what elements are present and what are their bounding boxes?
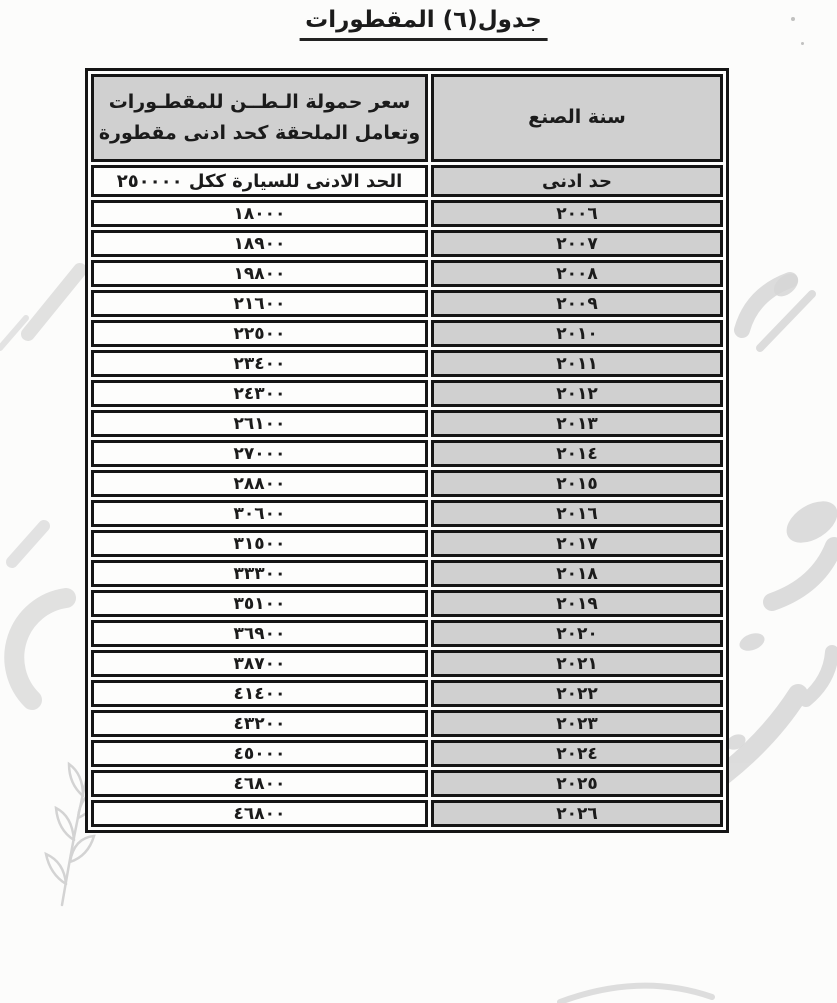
price-cell: ٣٠٦٠٠ — [91, 500, 428, 527]
table-row: ٢٠٢٢ ٤١٤٠٠ — [91, 680, 723, 707]
price-minimum-cell: الحد الادنى للسيارة ككل ٢٥٠٠٠٠ — [91, 165, 428, 197]
price-cell: ٢٤٣٠٠ — [91, 380, 428, 407]
year-cell: ٢٠٠٩ — [431, 290, 723, 317]
year-value: ٢٠٢٦ — [556, 804, 598, 824]
price-value: ١٨٠٠٠ — [234, 204, 286, 224]
price-value: ١٨٩٠٠ — [234, 234, 286, 254]
document-page: جدول(٦) المقطورات سنة الصنع سعر حمولة ال… — [0, 0, 837, 1003]
price-value: ٤٣٢٠٠ — [234, 714, 286, 734]
price-value: ٢٤٣٠٠ — [234, 384, 286, 404]
price-value: ٤٥٠٠٠ — [234, 744, 286, 764]
price-cell: ١٩٨٠٠ — [91, 260, 428, 287]
price-value: ٤١٤٠٠ — [234, 684, 286, 704]
table-row: ٢٠١٨ ٣٣٣٠٠ — [91, 560, 723, 587]
year-value: ٢٠٢١ — [556, 654, 598, 674]
scan-speck — [791, 17, 795, 21]
price-cell: ٤١٤٠٠ — [91, 680, 428, 707]
price-cell: ٣١٥٠٠ — [91, 530, 428, 557]
price-value: ٣٨٧٠٠ — [234, 654, 286, 674]
price-cell: ١٨٩٠٠ — [91, 230, 428, 257]
year-value: ٢٠١١ — [556, 354, 598, 374]
table-row: ٢٠٢٠ ٣٦٩٠٠ — [91, 620, 723, 647]
year-value: ٢٠١٤ — [556, 444, 598, 464]
year-value: ٢٠١٠ — [556, 324, 598, 344]
year-value: ٢٠١٥ — [556, 474, 598, 494]
year-value: ٢٠٠٩ — [556, 294, 598, 314]
table-row: ٢٠٢٥ ٤٦٨٠٠ — [91, 770, 723, 797]
year-value: ٢٠٢٤ — [556, 744, 598, 764]
year-cell: ٢٠٢٤ — [431, 740, 723, 767]
year-cell: ٢٠١٣ — [431, 410, 723, 437]
price-value: ١٩٨٠٠ — [234, 264, 286, 284]
year-cell: ٢٠٢٣ — [431, 710, 723, 737]
year-cell: ٢٠١٥ — [431, 470, 723, 497]
table-header-row: سنة الصنع سعر حمولة الـطــن للمقطـورات و… — [91, 74, 723, 162]
table-row: ٢٠٠٩ ٢١٦٠٠ — [91, 290, 723, 317]
page-title: جدول(٦) المقطورات — [299, 7, 548, 41]
table-row: ٢٠٠٦ ١٨٠٠٠ — [91, 200, 723, 227]
watermark-curve-left — [14, 598, 66, 700]
year-value: ٢٠١٢ — [556, 384, 598, 404]
year-value: ٢٠٢٢ — [556, 684, 598, 704]
price-cell: ١٨٠٠٠ — [91, 200, 428, 227]
year-value: ٢٠٠٦ — [556, 204, 598, 224]
price-cell: ٤٥٠٠٠ — [91, 740, 428, 767]
table-row: ٢٠١٠ ٢٢٥٠٠ — [91, 320, 723, 347]
year-cell: ٢٠١٦ — [431, 500, 723, 527]
price-header-line2: وتعامل الملحقة كحد ادنى مقطورة — [98, 118, 421, 149]
year-cell: ٢٠١٩ — [431, 590, 723, 617]
table-row: ٢٠١٣ ٢٦١٠٠ — [91, 410, 723, 437]
table-row: ٢٠١١ ٢٣٤٠٠ — [91, 350, 723, 377]
table-row: ٢٠١٢ ٢٤٣٠٠ — [91, 380, 723, 407]
price-cell: ٢٣٤٠٠ — [91, 350, 428, 377]
price-value: ٢٨٨٠٠ — [234, 474, 286, 494]
table-row: ٢٠١٩ ٣٥١٠٠ — [91, 590, 723, 617]
table-row: ٢٠٠٧ ١٨٩٠٠ — [91, 230, 723, 257]
price-cell: ٣٥١٠٠ — [91, 590, 428, 617]
watermark-calligraphy-upper-right — [742, 280, 812, 348]
year-cell: ٢٠١٨ — [431, 560, 723, 587]
table-body: سنة الصنع سعر حمولة الـطــن للمقطـورات و… — [91, 74, 723, 827]
price-value: ٤٦٨٠٠ — [234, 804, 286, 824]
year-minimum-cell: حد ادنى — [431, 165, 723, 197]
year-value: ٢٠٢٣ — [556, 714, 598, 734]
price-minimum-label: الحد الادنى للسيارة ككل ٢٥٠٠٠٠ — [117, 171, 403, 192]
table-row: ٢٠١٧ ٣١٥٠٠ — [91, 530, 723, 557]
price-cell: ٤٦٨٠٠ — [91, 800, 428, 827]
year-cell: ٢٠١٢ — [431, 380, 723, 407]
price-cell: ٤٣٢٠٠ — [91, 710, 428, 737]
price-value: ٤٦٨٠٠ — [234, 774, 286, 794]
trailers-table: سنة الصنع سعر حمولة الـطــن للمقطـورات و… — [85, 68, 729, 833]
year-value: ٢٠١٦ — [556, 504, 598, 524]
year-cell: ٢٠١٤ — [431, 440, 723, 467]
price-cell: ٣٣٣٠٠ — [91, 560, 428, 587]
price-value: ٣١٥٠٠ — [234, 534, 286, 554]
year-cell: ٢٠٠٦ — [431, 200, 723, 227]
year-value: ٢٠٢٠ — [556, 624, 598, 644]
price-cell: ٤٦٨٠٠ — [91, 770, 428, 797]
price-cell: ٢١٦٠٠ — [91, 290, 428, 317]
price-value: ٢٢٥٠٠ — [234, 324, 286, 344]
year-value: ٢٠٠٧ — [556, 234, 598, 254]
price-value: ٢١٦٠٠ — [234, 294, 286, 314]
year-value: ٢٠٠٨ — [556, 264, 598, 284]
watermark-streak-top-left — [28, 270, 80, 334]
price-value: ٣٥١٠٠ — [234, 594, 286, 614]
year-value: ٢٠١٣ — [556, 414, 598, 434]
year-cell: ٢٠١٧ — [431, 530, 723, 557]
year-cell: ٢٠١١ — [431, 350, 723, 377]
table-row: ٢٠١٥ ٢٨٨٠٠ — [91, 470, 723, 497]
price-cell: ٣٦٩٠٠ — [91, 620, 428, 647]
table-row: ٢٠٢٤ ٤٥٠٠٠ — [91, 740, 723, 767]
price-cell: ٣٨٧٠٠ — [91, 650, 428, 677]
year-cell: ٢٠٢١ — [431, 650, 723, 677]
year-cell: ٢٠٢٢ — [431, 680, 723, 707]
price-cell: ٢٦١٠٠ — [91, 410, 428, 437]
year-cell: ٢٠٠٨ — [431, 260, 723, 287]
price-value: ٣٣٣٠٠ — [234, 564, 286, 584]
year-cell: ٢٠٢٠ — [431, 620, 723, 647]
price-value: ٢٣٤٠٠ — [234, 354, 286, 374]
table-row: ٢٠٢٦ ٤٦٨٠٠ — [91, 800, 723, 827]
price-header-line1: سعر حمولة الـطــن للمقطـورات — [98, 87, 421, 118]
year-value: ٢٠١٩ — [556, 594, 598, 614]
watermark-curve-bottom — [560, 986, 712, 1002]
table-row: ٢٠٢٣ ٤٣٢٠٠ — [91, 710, 723, 737]
year-cell: ٢٠٢٦ — [431, 800, 723, 827]
year-minimum-label: حد ادنى — [542, 171, 612, 192]
price-value: ٢٦١٠٠ — [234, 414, 286, 434]
price-cell: ٢٧٠٠٠ — [91, 440, 428, 467]
year-cell: ٢٠١٠ — [431, 320, 723, 347]
price-value: ٣٠٦٠٠ — [234, 504, 286, 524]
table-minimum-row: حد ادنى الحد الادنى للسيارة ككل ٢٥٠٠٠٠ — [91, 165, 723, 197]
table-row: ٢٠٢١ ٣٨٧٠٠ — [91, 650, 723, 677]
scan-speck — [801, 42, 804, 45]
year-cell: ٢٠٢٥ — [431, 770, 723, 797]
price-value: ٣٦٩٠٠ — [234, 624, 286, 644]
price-cell: ٢٨٨٠٠ — [91, 470, 428, 497]
table-row: ٢٠٠٨ ١٩٨٠٠ — [91, 260, 723, 287]
year-value: ٢٠٢٥ — [556, 774, 598, 794]
price-cell: ٢٢٥٠٠ — [91, 320, 428, 347]
year-value: ٢٠١٧ — [556, 534, 598, 554]
price-value: ٢٧٠٠٠ — [234, 444, 286, 464]
year-column-header-label: سنة الصنع — [528, 106, 626, 128]
year-value: ٢٠١٨ — [556, 564, 598, 584]
year-cell: ٢٠٠٧ — [431, 230, 723, 257]
table-row: ٢٠١٦ ٣٠٦٠٠ — [91, 500, 723, 527]
price-column-header: سعر حمولة الـطــن للمقطـورات وتعامل المل… — [91, 74, 428, 162]
year-column-header: سنة الصنع — [431, 74, 723, 162]
table-row: ٢٠١٤ ٢٧٠٠٠ — [91, 440, 723, 467]
